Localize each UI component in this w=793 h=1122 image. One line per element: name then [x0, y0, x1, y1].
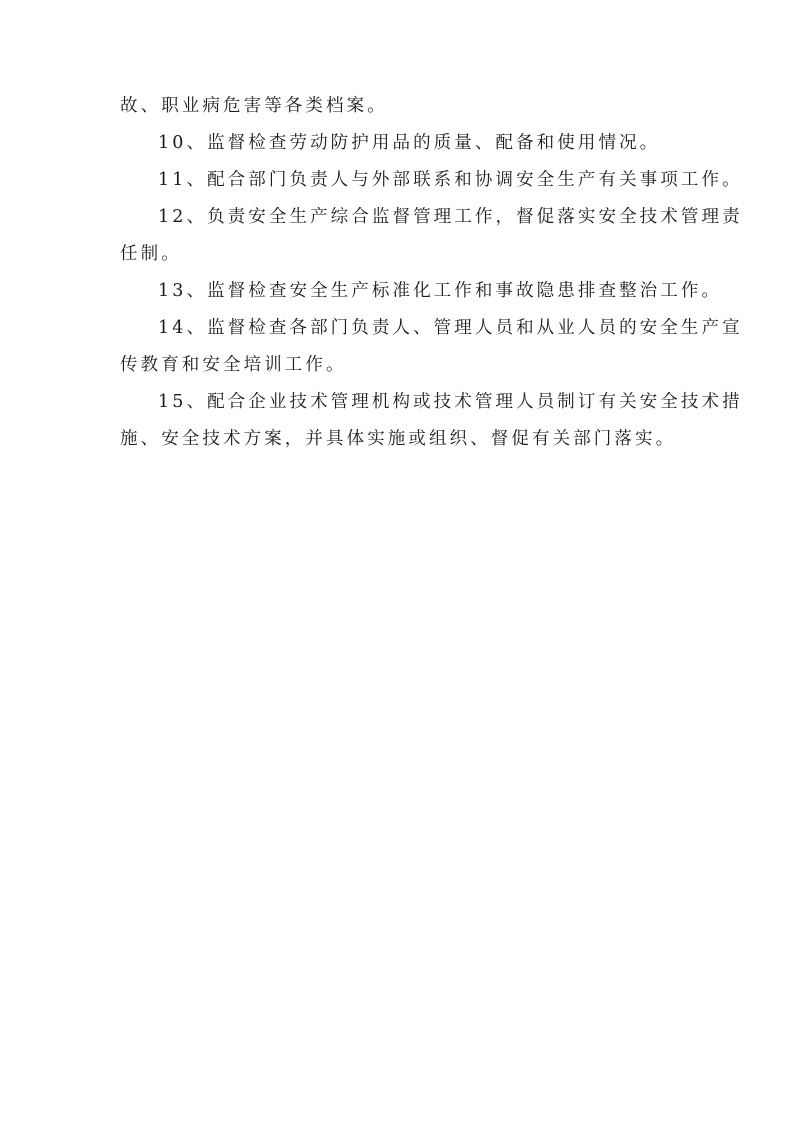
list-item-14-line-1: 14、监督检查各部门负责人、管理人员和从业人员的安全生产宣: [158, 316, 680, 340]
list-item-14-line-2: 传教育和安全培训工作。: [120, 353, 680, 377]
list-item-12-line-1: 12、负责安全生产综合监督管理工作，督促落实安全技术管理责: [158, 205, 680, 229]
paragraph-9-continuation: 故、职业病危害等各类档案。: [120, 94, 680, 118]
list-item-11: 11、配合部门负责人与外部联系和协调安全生产有关事项工作。: [158, 168, 680, 192]
document-page: 故、职业病危害等各类档案。 10、监督检查劳动防护用品的质量、配备和使用情况。 …: [0, 0, 793, 1122]
list-item-13: 13、监督检查安全生产标准化工作和事故隐患排查整治工作。: [158, 279, 680, 303]
list-item-15-line-2: 施、安全技术方案，并具体实施或组织、督促有关部门落实。: [120, 427, 680, 451]
list-item-15-line-1: 15、配合企业技术管理机构或技术管理人员制订有关安全技术措: [158, 390, 680, 414]
list-item-12-line-2: 任制。: [120, 242, 680, 266]
list-item-10: 10、监督检查劳动防护用品的质量、配备和使用情况。: [158, 131, 680, 155]
